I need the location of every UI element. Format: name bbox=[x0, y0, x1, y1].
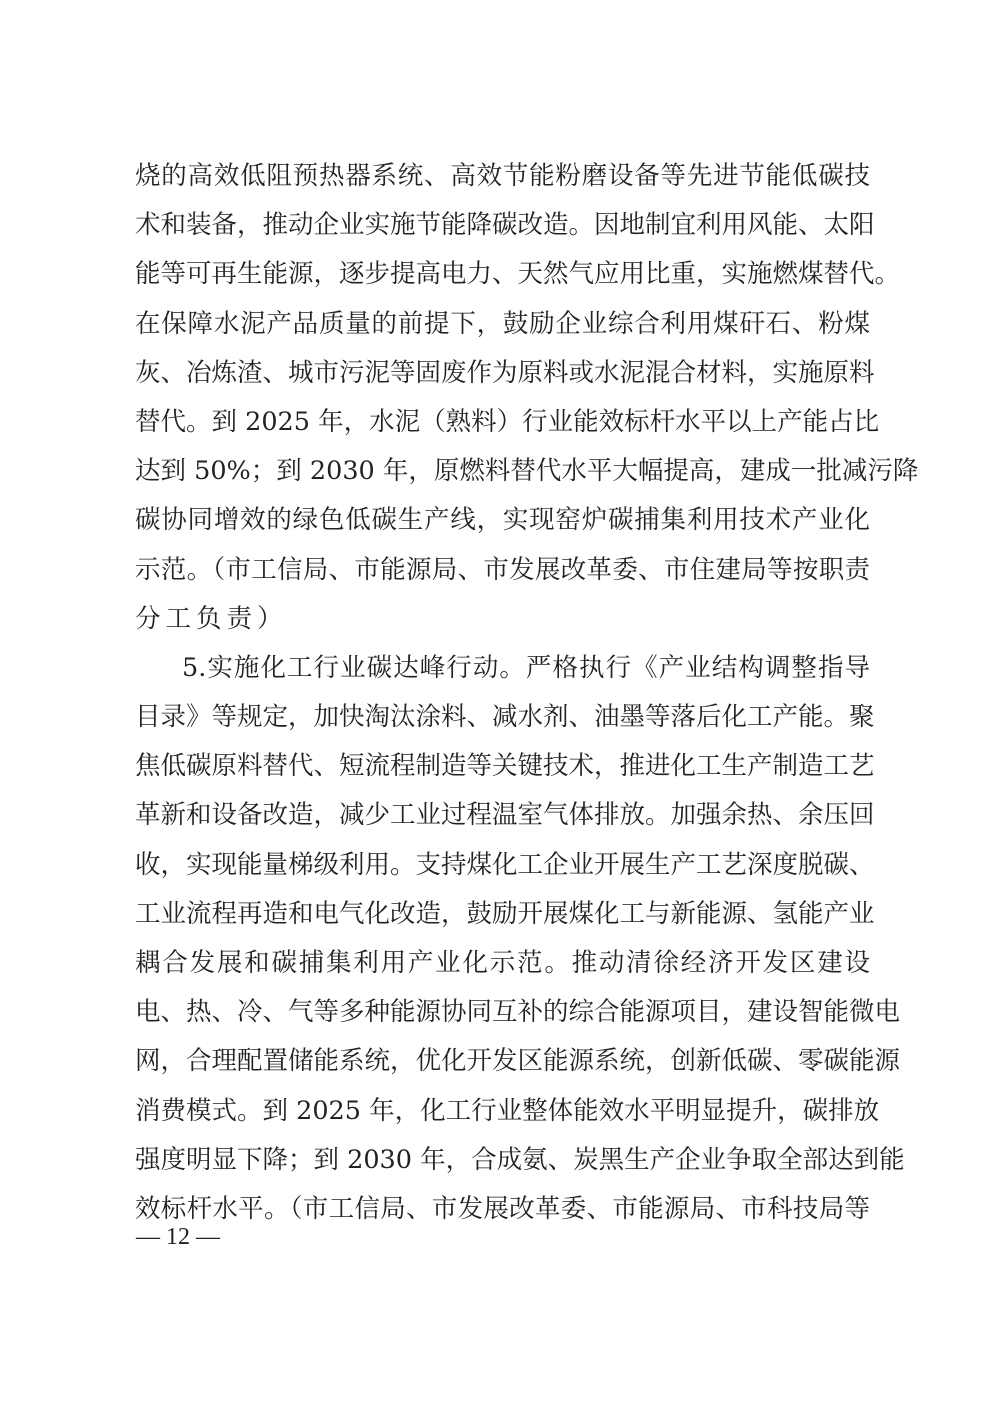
text-line: 网，合理配置储能系统，优化开发区能源系统，创新低碳、零碳能源 bbox=[135, 1037, 870, 1086]
text-line: 电、热、冷、气等多种能源协同互补的综合能源项目，建设智能微电 bbox=[135, 988, 870, 1037]
text-line: 示范。（市工信局、市能源局、市发展改革委、市住建局等按职责 bbox=[135, 546, 870, 595]
text-line: 目录》等规定，加快淘汰涂料、减水剂、油墨等落后化工产能。聚 bbox=[135, 693, 870, 742]
text-line: 在保障水泥产品质量的前提下，鼓励企业综合利用煤矸石、粉煤 bbox=[135, 300, 870, 349]
text-line: 工业流程再造和电气化改造，鼓励开展煤化工与新能源、氢能产业 bbox=[135, 890, 870, 939]
text-line: 替代。到 2025 年，水泥（熟料）行业能效标杆水平以上产能占比 bbox=[135, 398, 870, 447]
text-line: 能等可再生能源，逐步提高电力、天然气应用比重，实施燃煤替代。 bbox=[135, 250, 870, 299]
text-line: 碳协同增效的绿色低碳生产线，实现窑炉碳捕集利用技术产业化 bbox=[135, 496, 870, 545]
text-line: 收，实现能量梯级利用。支持煤化工企业开展生产工艺深度脱碳、 bbox=[135, 841, 870, 890]
text-line: 术和装备，推动企业实施节能降碳改造。因地制宜利用风能、太阳 bbox=[135, 201, 870, 250]
text-line: 革新和设备改造，减少工业过程温室气体排放。加强余热、余压回 bbox=[135, 791, 870, 840]
text-line: 耦合发展和碳捕集利用产业化示范。推动清徐经济开发区建设 bbox=[135, 939, 870, 988]
text-line-paragraph-end: 分工负责） bbox=[135, 595, 870, 644]
text-line: 达到 50%；到 2030 年，原燃料替代水平大幅提高，建成一批减污降 bbox=[135, 447, 870, 496]
document-page: 烧的高效低阻预热器系统、高效节能粉磨设备等先进节能低碳技 术和装备，推动企业实施… bbox=[0, 0, 1000, 1415]
text-line: 焦低碳原料替代、短流程制造等关键技术，推进化工生产制造工艺 bbox=[135, 742, 870, 791]
text-line: 消费模式。到 2025 年，化工行业整体能效水平明显提升，碳排放 bbox=[135, 1087, 870, 1136]
text-line: 效标杆水平。（市工信局、市发展改革委、市能源局、市科技局等 bbox=[135, 1185, 870, 1234]
text-line: 强度明显下降；到 2030 年，合成氨、炭黑生产企业争取全部达到能 bbox=[135, 1136, 870, 1185]
text-line: 烧的高效低阻预热器系统、高效节能粉磨设备等先进节能低碳技 bbox=[135, 152, 870, 201]
section-heading-line: 5.实施化工行业碳达峰行动。严格执行《产业结构调整指导 bbox=[135, 644, 870, 693]
body-text: 烧的高效低阻预热器系统、高效节能粉磨设备等先进节能低碳技 术和装备，推动企业实施… bbox=[135, 152, 870, 1234]
page-number: — 12 — bbox=[136, 1222, 220, 1252]
text-line: 灰、冶炼渣、城市污泥等固废作为原料或水泥混合材料，实施原料 bbox=[135, 349, 870, 398]
